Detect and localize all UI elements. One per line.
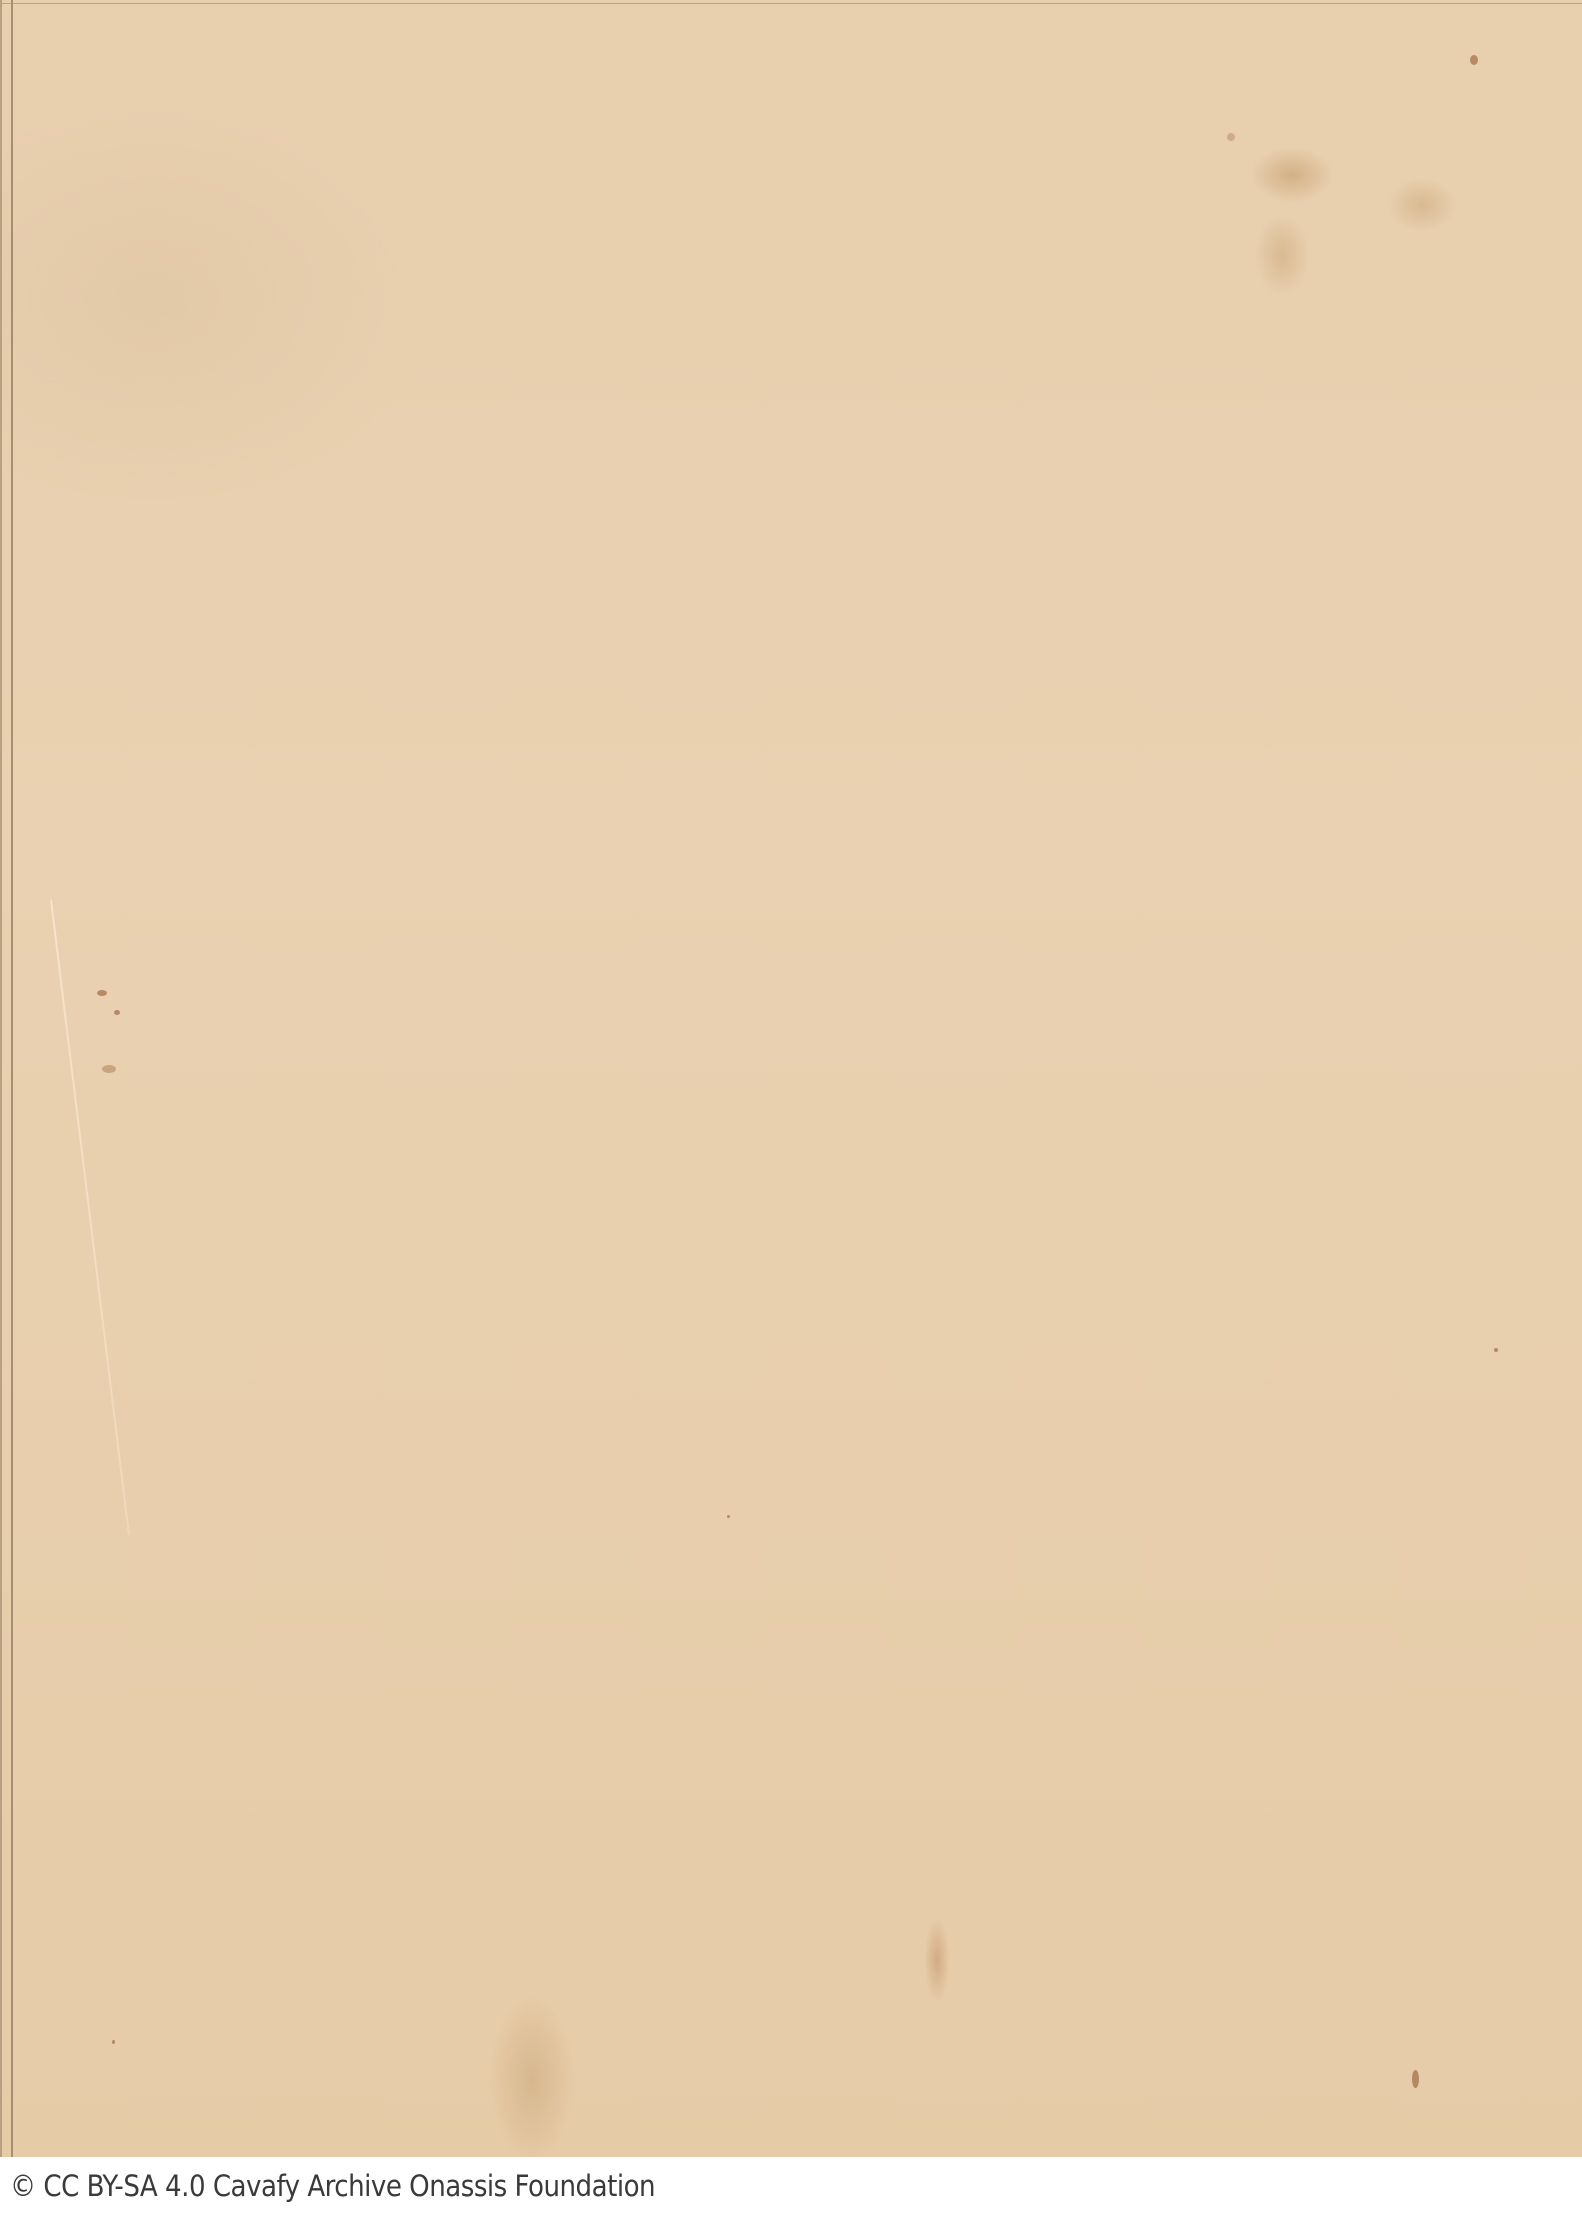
stain-spot (1412, 2070, 1419, 2088)
stain-spot (1227, 133, 1235, 141)
stain-spot (102, 1065, 116, 1073)
paper-crease (50, 900, 130, 1535)
stain-spot (1470, 55, 1478, 65)
stain-spot (727, 1515, 730, 1518)
stain-spot (97, 990, 107, 996)
scanned-page (0, 0, 1582, 2157)
stain-spot (112, 2040, 115, 2044)
stain-spot (1494, 1348, 1498, 1352)
stain-spot (114, 1010, 120, 1015)
copyright-credit: © CC BY-SA 4.0 Cavafy Archive Onassis Fo… (10, 2169, 655, 2203)
footer: © CC BY-SA 4.0 Cavafy Archive Onassis Fo… (0, 2157, 1582, 2221)
